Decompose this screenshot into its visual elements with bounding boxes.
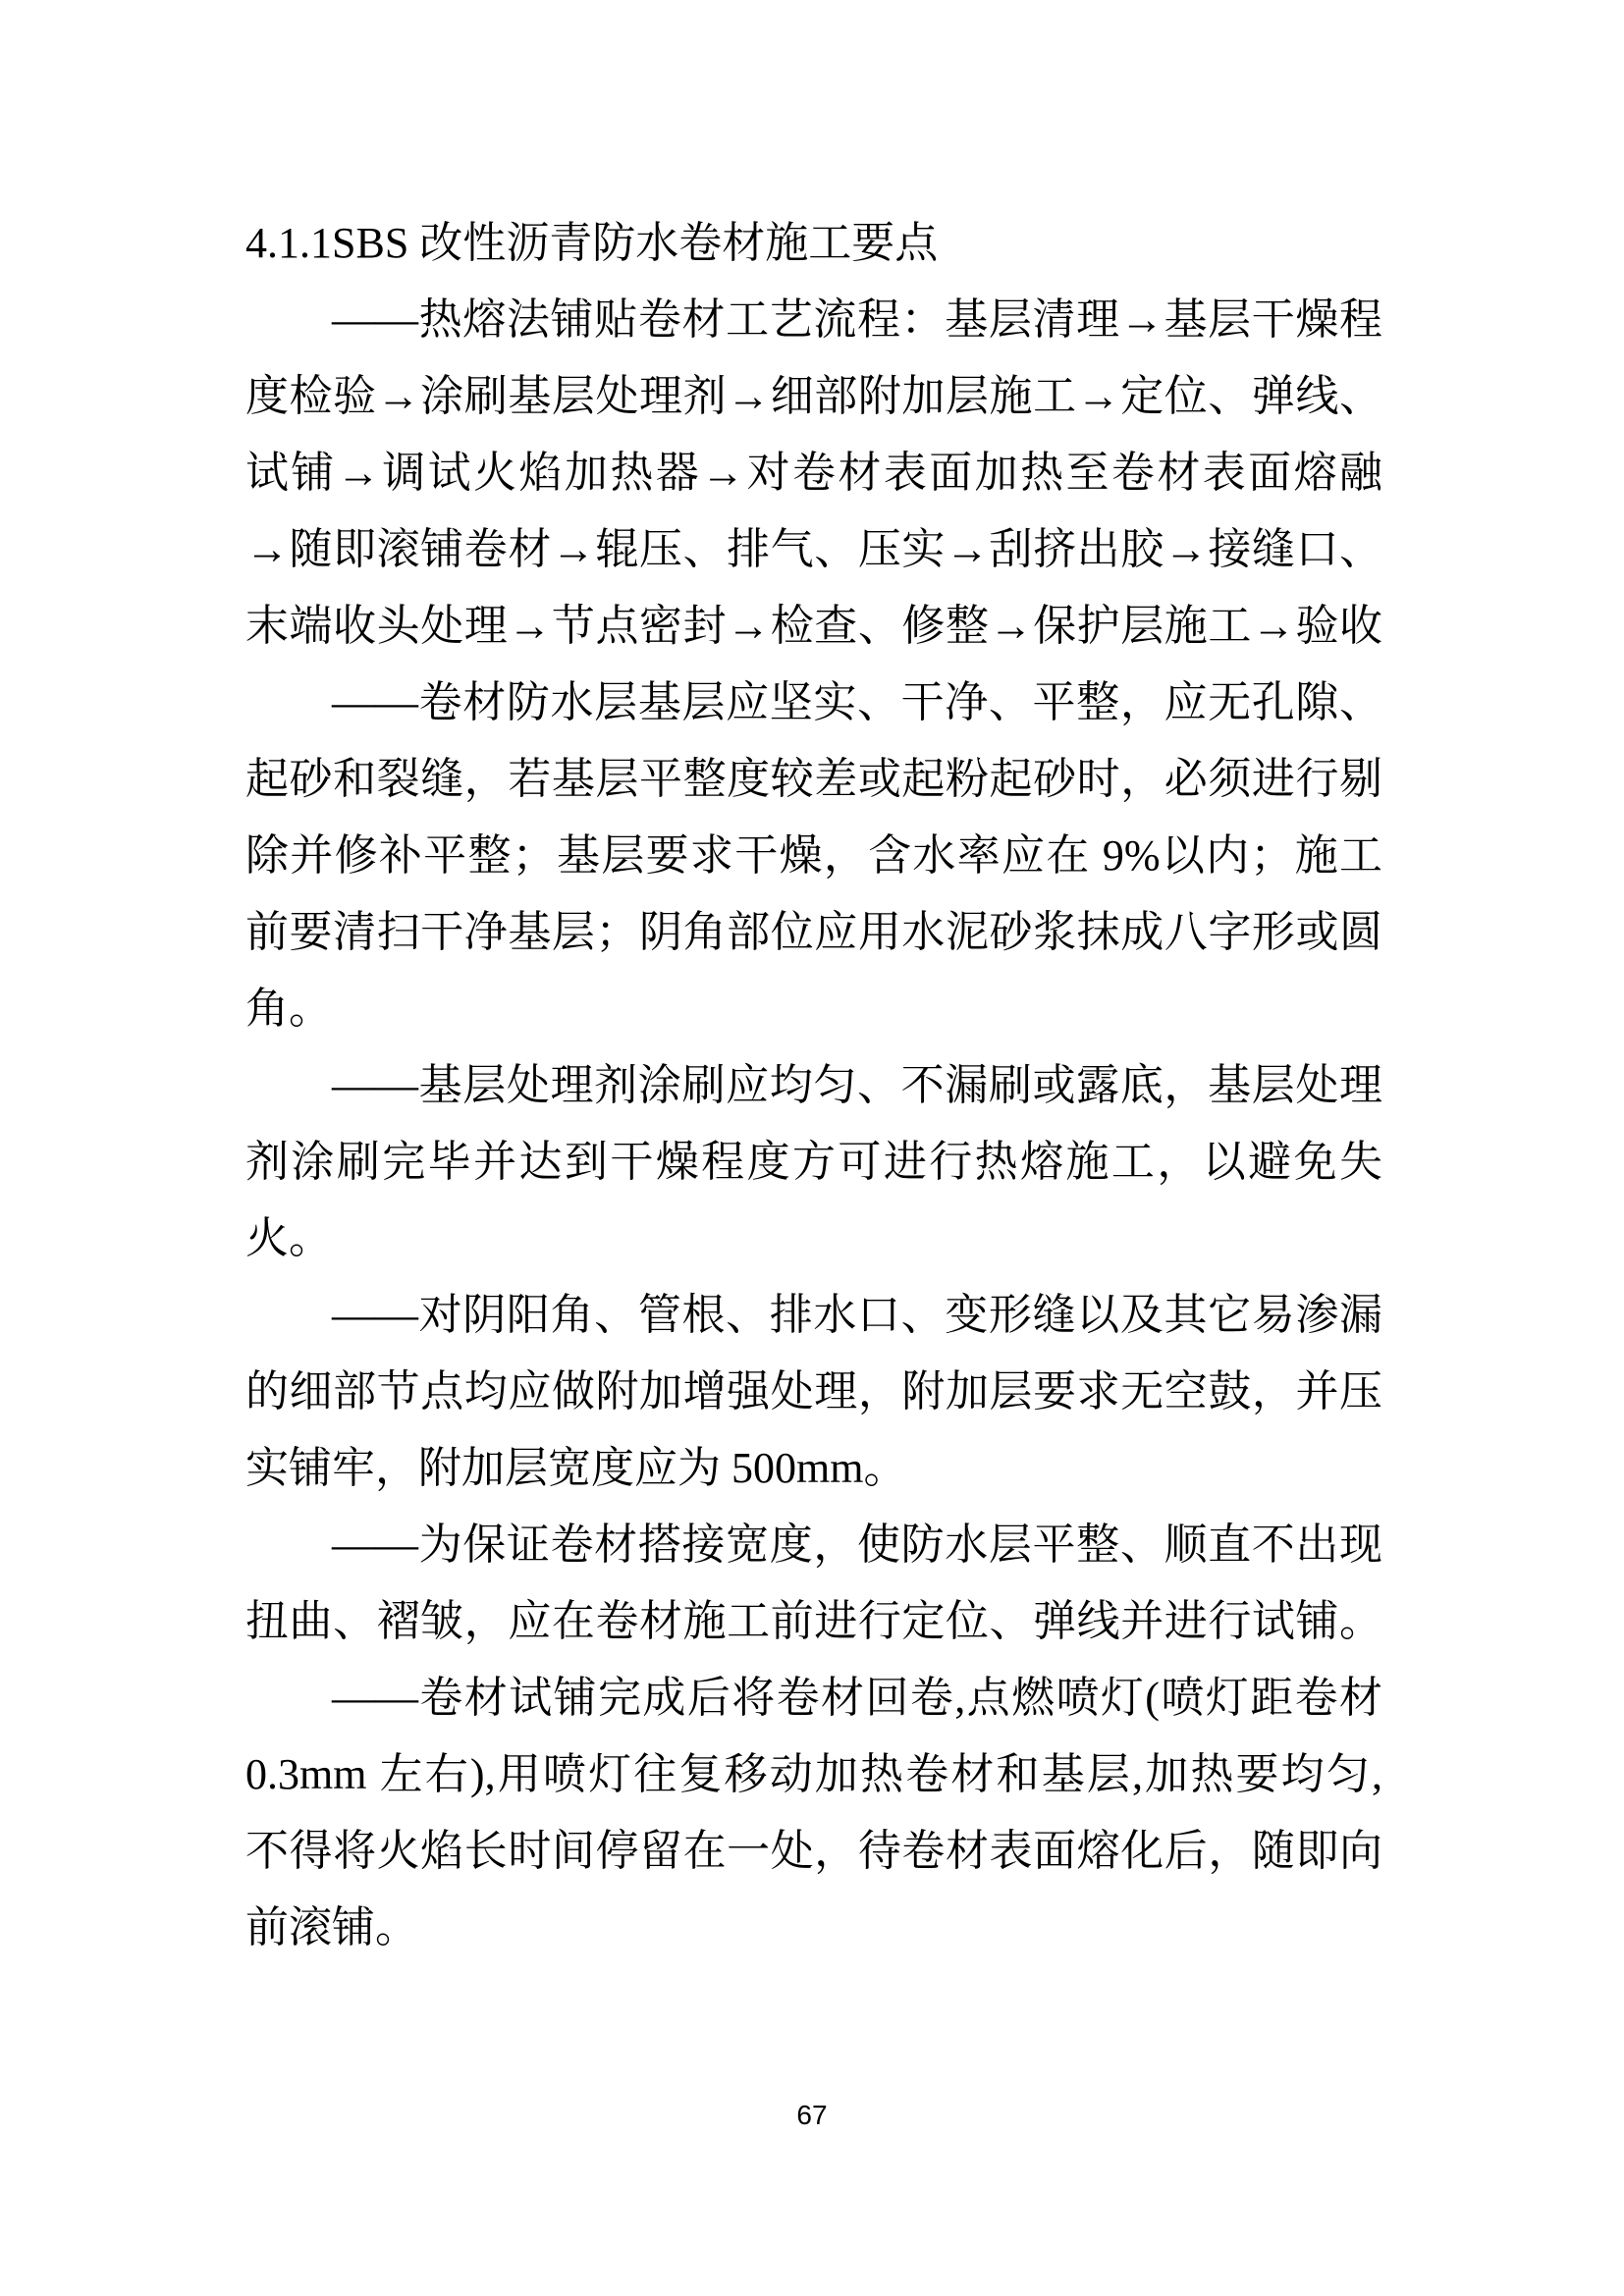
text-line: 起砂和裂缝，若基层平整度较差或起粉起砂时，必须进行剔	[245, 741, 1382, 818]
text-line: 火。	[245, 1201, 1382, 1277]
text-line: 末端收头处理→节点密封→检查、修整→保护层施工→验收	[245, 588, 1382, 665]
text-line: 角。	[245, 971, 1382, 1047]
document-page: 4.1.1SBS 改性沥青防水卷材施工要点 ——热熔法铺贴卷材工艺流程：基层清理…	[0, 0, 1624, 2296]
text-line: 度检验→涂刷基层处理剂→细部附加层施工→定位、弹线、	[245, 358, 1382, 435]
text-line: ——热熔法铺贴卷材工艺流程：基层清理→基层干燥程	[245, 282, 1382, 358]
text-line: 0.3mm 左右),用喷灯往复移动加热卷材和基层,加热要均匀,	[245, 1736, 1382, 1813]
text-line: 不得将火焰长时间停留在一处，待卷材表面熔化后，随即向	[245, 1813, 1382, 1890]
paragraph: ——对阴阳角、管根、排水口、变形缝以及其它易渗漏 的细部节点均应做附加增强处理，…	[245, 1277, 1382, 1507]
paragraph: ——卷材试铺完成后将卷材回卷,点燃喷灯(喷灯距卷材 0.3mm 左右),用喷灯往…	[245, 1660, 1382, 1966]
text-line: 的细部节点均应做附加增强处理，附加层要求无空鼓，并压	[245, 1354, 1382, 1430]
text-line: 扭曲、褶皱，应在卷材施工前进行定位、弹线并进行试铺。	[245, 1583, 1382, 1660]
page-number: 67	[796, 2102, 827, 2129]
paragraph: ——卷材防水层基层应坚实、干净、平整，应无孔隙、 起砂和裂缝，若基层平整度较差或…	[245, 665, 1382, 1047]
text-line: ——卷材防水层基层应坚实、干净、平整，应无孔隙、	[245, 665, 1382, 741]
text-line: 实铺牢，附加层宽度应为 500mm。	[245, 1430, 1382, 1507]
text-line: 前要清扫干净基层；阴角部位应用水泥砂浆抹成八字形或圆	[245, 894, 1382, 971]
text-line: 前滚铺。	[245, 1890, 1382, 1966]
text-line: →随即滚铺卷材→辊压、排气、压实→刮挤出胶→接缝口、	[245, 511, 1382, 588]
text-line: 除并修补平整；基层要求干燥，含水率应在 9%以内；施工	[245, 818, 1382, 894]
text-line: ——基层处理剂涂刷应均匀、不漏刷或露底，基层处理	[245, 1047, 1382, 1124]
document-body: 4.1.1SBS 改性沥青防水卷材施工要点 ——热熔法铺贴卷材工艺流程：基层清理…	[245, 205, 1382, 1966]
paragraph: ——热熔法铺贴卷材工艺流程：基层清理→基层干燥程 度检验→涂刷基层处理剂→细部附…	[245, 282, 1382, 665]
text-line: 试铺→调试火焰加热器→对卷材表面加热至卷材表面熔融	[245, 435, 1382, 511]
paragraph: ——为保证卷材搭接宽度，使防水层平整、顺直不出现 扭曲、褶皱，应在卷材施工前进行…	[245, 1507, 1382, 1660]
text-line: ——对阴阳角、管根、排水口、变形缝以及其它易渗漏	[245, 1277, 1382, 1354]
section-heading: 4.1.1SBS 改性沥青防水卷材施工要点	[245, 205, 1382, 282]
text-line: ——为保证卷材搭接宽度，使防水层平整、顺直不出现	[245, 1507, 1382, 1583]
text-line: 剂涂刷完毕并达到干燥程度方可进行热熔施工，以避免失	[245, 1124, 1382, 1201]
text-line: ——卷材试铺完成后将卷材回卷,点燃喷灯(喷灯距卷材	[245, 1660, 1382, 1736]
page-footer: 67	[0, 2102, 1624, 2129]
paragraph: ——基层处理剂涂刷应均匀、不漏刷或露底，基层处理 剂涂刷完毕并达到干燥程度方可进…	[245, 1047, 1382, 1277]
